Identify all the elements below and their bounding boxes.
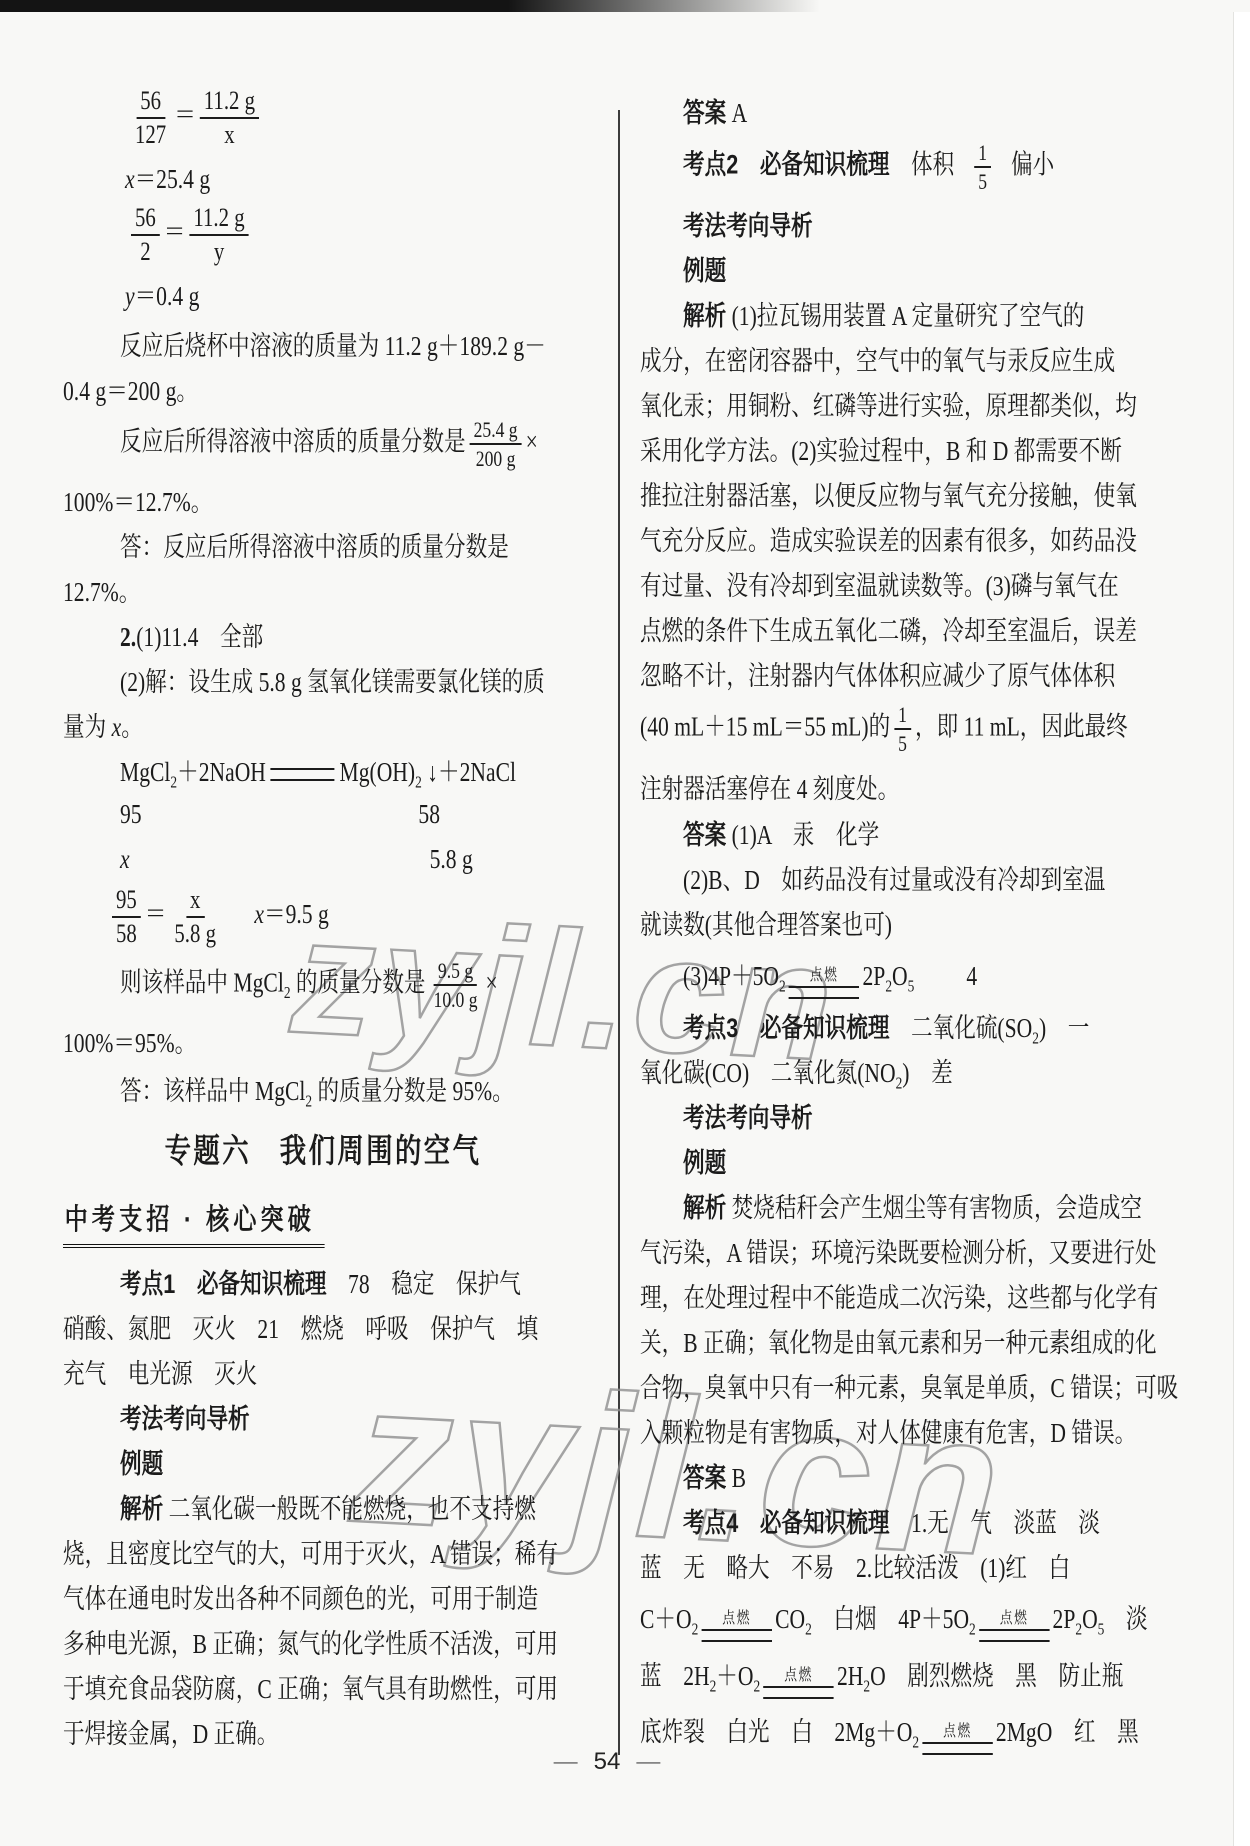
text-line: 成分，在密闭容器中，空气中的氧气与汞反应生成	[640, 336, 1220, 381]
text-line: y＝0.4 g	[63, 266, 583, 321]
text-line: 有过量、没有冷却到室温就读数等。(3)磷与氧气在	[640, 561, 1220, 606]
text-line: 解析 焚烧秸秆会产生烟尘等有害物质，会造成空	[640, 1183, 1220, 1228]
text-line: 推拉注射器活塞，以便反应物与氧气充分接触，使氧	[640, 471, 1220, 516]
scanned-answer-page: zyjl.cn zyjl.cn 56127＝11.2 gxx＝25.4 g562…	[0, 0, 1250, 1846]
text-line: 例题	[63, 1439, 583, 1484]
text-line: 考法考向导析	[640, 1093, 1220, 1138]
text-line: 气污染，A 错误；环境污染既要检测分析，又要进行处	[640, 1228, 1220, 1273]
text-line: 蓝 无 略大 不易 2.比较活泼 (1)红 白	[640, 1543, 1220, 1588]
text-line: C＋O2点燃CO2 白烟 4P＋5O2点燃2P2O5 淡	[640, 1588, 1220, 1646]
column-divider	[618, 110, 620, 1755]
text-line: 气充分反应。造成实验误差的因素有很多，如药品没	[640, 516, 1220, 561]
page-right-edge	[1233, 12, 1250, 1846]
text-line: 合物，臭氧中只有一种元素，臭氧是单质，C 错误；可吸	[640, 1363, 1220, 1408]
text-line: 则该样品中 MgCl2 的质量分数是9.5 g10.0 g×	[63, 952, 583, 1018]
text-line: 解析 (1)拉瓦锡用装置 A 定量研究了空气的	[640, 291, 1220, 336]
text-line: 反应后烧杯中溶液的质量为 11.2 g＋189.2 g－	[63, 321, 583, 366]
text-line: 硝酸、氮肥 灭火 21 燃烧 呼吸 保护气 填	[63, 1304, 583, 1349]
text-line: (2)B、D 如药品没有过量或没有冷却到室温	[640, 855, 1220, 900]
right-column: 答案 A考点2 必备知识梳理 体积15偏小考法考向导析例题解析 (1)拉瓦锡用装…	[640, 88, 1220, 1758]
text-line: 量为 x。	[63, 702, 583, 747]
text-line: 就读数(其他合理答案也可)	[640, 900, 1220, 945]
text-line: 考点2 必备知识梳理 体积15偏小	[640, 133, 1220, 201]
page-number: 54	[594, 1748, 621, 1775]
text-line: 答案 B	[640, 1453, 1220, 1498]
section-heading: 中考支招 · 核心突破	[63, 1183, 583, 1259]
text-line: 蓝 2H2＋O2点燃2H2O 剧烈燃烧 黑 防止瓶	[640, 1646, 1220, 1702]
text-line: 2.(1)11.4 全部	[63, 612, 583, 657]
text-line: 9558	[63, 792, 583, 837]
text-line: MgCl2＋2NaOHMg(OH)2 ↓＋2NaCl	[63, 747, 583, 792]
text-line: 9558＝x5.8 gx＝9.5 g	[63, 882, 583, 952]
text-line: 答案 (1)A 汞 化学	[640, 810, 1220, 855]
text-line: 答：该样品中 MgCl2 的质量分数是 95%。	[63, 1063, 583, 1113]
text-line: 100%＝12.7%。	[63, 477, 583, 522]
text-line: 充气 电光源 灭火	[63, 1349, 583, 1394]
text-line: 解析 二氧化碳一般既不能燃烧，也不支持燃	[63, 1484, 583, 1529]
text-line: 注射器活塞停在 4 刻度处。	[640, 762, 1220, 810]
text-line: 入颗粒物是有害物质，对人体健康有危害，D 错误。	[640, 1408, 1220, 1453]
text-line: 理，在处理过程中不能造成二次污染，这些都与化学有	[640, 1273, 1220, 1318]
text-line: 考点1 必备知识梳理 78 稳定 保护气	[63, 1259, 583, 1304]
text-line: 考点4 必备知识梳理 1.无 气 淡蓝 淡	[640, 1498, 1220, 1543]
text-line: (3)4P＋5O2点燃2P2O54	[640, 945, 1220, 1003]
text-line: 0.4 g＝200 g。	[63, 366, 583, 411]
text-line: 氧化汞；用铜粉、红磷等进行实验，原理都类似，均	[640, 381, 1220, 426]
text-line: 100%＝95%。	[63, 1018, 583, 1063]
text-line: 考法考向导析	[63, 1394, 583, 1439]
text-line: 多种电光源，B 正确；氮气的化学性质不活泼，可用	[63, 1619, 583, 1664]
text-line: 考点3 必备知识梳理 二氧化硫(SO2) 一	[640, 1003, 1220, 1048]
scan-top-edge	[0, 0, 820, 12]
text-line: 例题	[640, 246, 1220, 291]
text-line: 例题	[640, 1138, 1220, 1183]
left-column: 56127＝11.2 gxx＝25.4 g562＝11.2 gyy＝0.4 g反…	[63, 87, 583, 1754]
text-line: 采用化学方法。(2)实验过程中，B 和 D 都需要不断	[640, 426, 1220, 471]
text-line: 点燃的条件下生成五氧化二磷，冷却至室温后，误差	[640, 606, 1220, 651]
footer-dash: —	[636, 1752, 660, 1772]
text-line: x5.8 g	[63, 837, 583, 882]
text-line: 烧，且密度比空气的大，可用于灭火，A 错误；稀有	[63, 1529, 583, 1574]
text-line: 答：反应后所得溶液中溶质的质量分数是	[63, 522, 583, 567]
text-line: 忽略不计，注射器内气体体积应减少了原气体体积	[640, 651, 1220, 696]
page-footer: —54—	[0, 1748, 1214, 1776]
text-line: 关，B 正确；氧化物是由氧元素和另一种元素组成的化	[640, 1318, 1220, 1363]
text-line: (2)解：设生成 5.8 g 氢氧化镁需要氯化镁的质	[63, 657, 583, 702]
text-line: 56127＝11.2 gx	[63, 87, 583, 149]
topic-heading: 专题六 我们周围的空气	[63, 1113, 583, 1183]
text-line: 562＝11.2 gy	[63, 204, 583, 266]
text-line: 12.7%。	[63, 567, 583, 612]
text-line: x＝25.4 g	[63, 149, 583, 204]
text-line: 反应后所得溶液中溶质的质量分数是25.4 g200 g×	[63, 411, 583, 477]
footer-dash: —	[554, 1752, 578, 1772]
text-line: 答案 A	[640, 88, 1220, 133]
text-line: 考法考向导析	[640, 201, 1220, 246]
text-line: 氧化碳(CO) 二氧化氮(NO2) 差	[640, 1048, 1220, 1093]
text-line: 于填充食品袋防腐，C 正确；氧气具有助燃性，可用	[63, 1664, 583, 1709]
text-line: 气体在通电时发出各种不同颜色的光，可用于制造	[63, 1574, 583, 1619]
text-line: (40 mL＋15 mL＝55 mL)的15，即 11 mL，因此最终	[640, 696, 1220, 762]
